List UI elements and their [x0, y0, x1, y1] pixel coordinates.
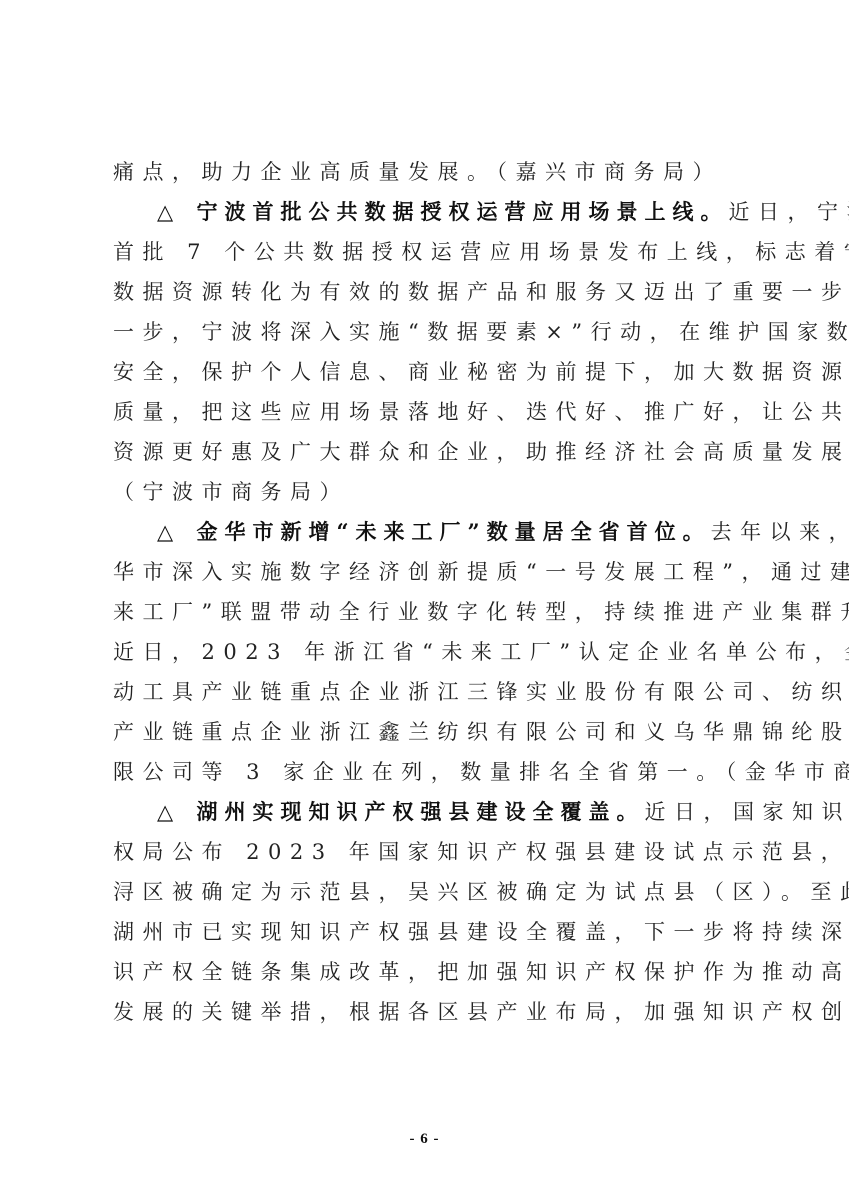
paragraph-line: 资源更好惠及广大群众和企业，助推经济社会高质量发展。 [113, 432, 753, 472]
paragraph-line: 动工具产业链重点企业浙江三锋实业股份有限公司、纺织服装 [113, 672, 753, 712]
news-item-headline: △ 金华市新增“未来工厂”数量居全省首位。 [157, 519, 711, 544]
news-item-headline-line: △ 宁波首批公共数据授权运营应用场景上线。近日，宁波 [113, 192, 753, 232]
headline-line-rest: 去年以来，金 [711, 520, 849, 544]
paragraph-line: 权局公布 2023 年国家知识产权强县建设试点示范县，湖州市南 [113, 832, 753, 872]
paragraph-line: 质量，把这些应用场景落地好、迭代好、推广好，让公共数据 [113, 392, 753, 432]
page-number: - 6 - [0, 1131, 849, 1148]
paragraph-line: 华市深入实施数字经济创新提质“一号发展工程”，通过建立“未 [113, 552, 753, 592]
news-item-headline: △ 湖州实现知识产权强县建设全覆盖。 [157, 799, 644, 824]
paragraph-line: 限公司等 3 家企业在列，数量排名全省第一。（金华市商务局） [113, 752, 753, 792]
paragraph-line: 识产权全链条集成改革，把加强知识产权保护作为推动高质量 [113, 952, 753, 992]
paragraph-line: 产业链重点企业浙江鑫兰纺织有限公司和义乌华鼎锦纶股份有 [113, 712, 753, 752]
paragraph-line: 发展的关键举措，根据各区县产业布局，加强知识产权创造、 [113, 992, 753, 1032]
paragraph-line: 首批 7 个公共数据授权运营应用场景发布上线，标志着宁波将 [113, 232, 753, 272]
paragraph-line: 一步，宁波将深入实施“数据要素×”行动，在维护国家数据 [113, 312, 753, 352]
paragraph-line: 湖州市已实现知识产权强县建设全覆盖，下一步将持续深化知 [113, 912, 753, 952]
document-page: 痛点，助力企业高质量发展。（嘉兴市商务局） △ 宁波首批公共数据授权运营应用场景… [0, 0, 849, 1200]
headline-line-rest: 近日，国家知识产 [644, 800, 849, 824]
triangle-bullet-icon: △ [157, 512, 180, 552]
document-body: 痛点，助力企业高质量发展。（嘉兴市商务局） △ 宁波首批公共数据授权运营应用场景… [113, 152, 753, 1032]
paragraph-line: 近日，2023 年浙江省“未来工厂”认定企业名单公布，金华市电 [113, 632, 753, 672]
paragraph-line: 数据资源转化为有效的数据产品和服务又迈出了重要一步。下 [113, 272, 753, 312]
triangle-bullet-icon: △ [157, 192, 180, 232]
headline-line-rest: 近日，宁波 [728, 200, 849, 224]
source-attribution: （宁波市商务局） [113, 472, 753, 512]
paragraph-line: 来工厂”联盟带动全行业数字化转型，持续推进产业集群升级。 [113, 592, 753, 632]
paragraph-line: 痛点，助力企业高质量发展。（嘉兴市商务局） [113, 152, 753, 192]
triangle-bullet-icon: △ [157, 792, 180, 832]
news-item-headline-line: △ 湖州实现知识产权强县建设全覆盖。近日，国家知识产 [113, 792, 753, 832]
paragraph-line: 浔区被确定为示范县，吴兴区被确定为试点县（区）。至此， [113, 872, 753, 912]
paragraph-line: 安全，保护个人信息、商业秘密为前提下，加大数据资源供给 [113, 352, 753, 392]
news-item-headline-line: △ 金华市新增“未来工厂”数量居全省首位。去年以来，金 [113, 512, 753, 552]
news-item-headline: △ 宁波首批公共数据授权运营应用场景上线。 [157, 199, 728, 224]
